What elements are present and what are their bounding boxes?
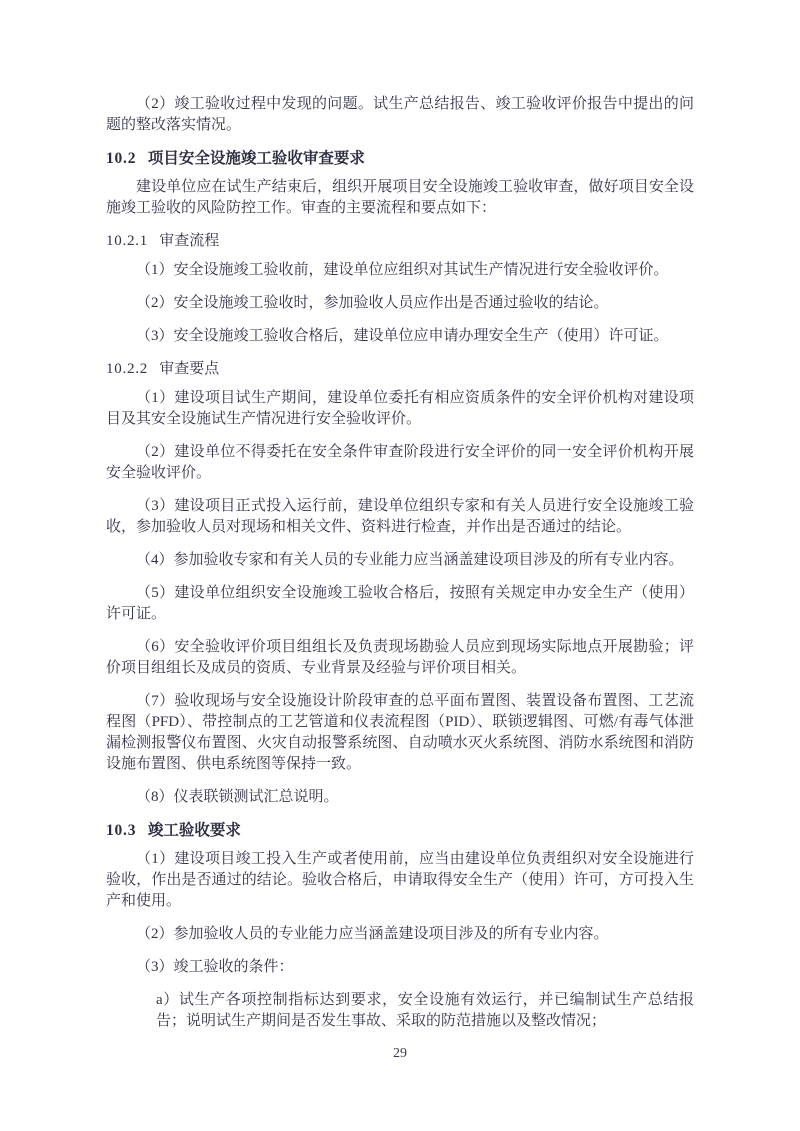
subsection-title: 审查要点 xyxy=(159,361,219,377)
list-item: （3）竣工验收的条件： xyxy=(106,957,694,978)
list-item: （8）仪表联锁测试汇总说明。 xyxy=(106,787,694,808)
list-item: （1）安全设施竣工验收前，建设单位应组织对其试生产情况进行安全验收评价。 xyxy=(106,260,694,281)
list-item: （6）安全验收评价项目组组长及负责现场勘验人员应到现场实际地点开展勘验；评价项目… xyxy=(106,637,694,679)
list-item: （1）建设项目试生产期间，建设单位委托有相应资质条件的安全评价机构对建设项目及其… xyxy=(106,388,694,430)
list-item: （3）安全设施竣工验收合格后，建设单位应申请办理安全生产（使用）许可证。 xyxy=(106,326,694,347)
document-page: （2）竣工验收过程中发现的问题。试生产总结报告、竣工验收评价报告中提出的问题的整… xyxy=(0,0,800,1131)
section-title: 项目安全设施竣工验收审查要求 xyxy=(148,150,365,167)
list-item: （2）参加验收人员的专业能力应当涵盖建设项目涉及的所有专业内容。 xyxy=(106,924,694,945)
section-title: 竣工验收要求 xyxy=(148,822,241,839)
section-number: 10.3 xyxy=(106,822,136,839)
page-number: 29 xyxy=(0,1043,800,1064)
list-item: （5）建设单位组织安全设施竣工验收合格后，按照有关规定申办安全生产（使用）许可证… xyxy=(106,583,694,625)
sub-list-item: a）试生产各项控制指标达到要求，安全设施有效运行，并已编制试生产总结报告；说明试… xyxy=(156,990,694,1032)
paragraph: （2）竣工验收过程中发现的问题。试生产总结报告、竣工验收评价报告中提出的问题的整… xyxy=(106,94,694,136)
list-item: （2）安全设施竣工验收时，参加验收人员应作出是否通过验收的结论。 xyxy=(106,293,694,314)
list-item: （1）建设项目竣工投入生产或者使用前，应当由建设单位负责组织对安全设施进行验收，… xyxy=(106,849,694,912)
paragraph: 建设单位应在试生产结束后，组织开展项目安全设施竣工验收审查，做好项目安全设施竣工… xyxy=(106,177,694,219)
section-heading: 10.2项目安全设施竣工验收审查要求 xyxy=(106,148,694,169)
subsection-title: 审查流程 xyxy=(159,233,219,249)
list-item: （3）建设项目正式投入运行前，建设单位组织专家和有关人员进行安全设施竣工验收，参… xyxy=(106,496,694,538)
subsection-number: 10.2.1 xyxy=(106,233,148,249)
list-item: （2）建设单位不得委托在安全条件审查阶段进行安全评价的同一安全评价机构开展安全验… xyxy=(106,442,694,484)
subsection-heading: 10.2.1审查流程 xyxy=(106,231,694,252)
section-heading: 10.3竣工验收要求 xyxy=(106,820,694,841)
subsection-number: 10.2.2 xyxy=(106,361,148,377)
list-item: （7）验收现场与安全设施设计阶段审查的总平面布置图、装置设备布置图、工艺流程图（… xyxy=(106,691,694,775)
section-number: 10.2 xyxy=(106,150,136,167)
list-item: （4）参加验收专家和有关人员的专业能力应当涵盖建设项目涉及的所有专业内容。 xyxy=(106,550,694,571)
subsection-heading: 10.2.2审查要点 xyxy=(106,359,694,380)
